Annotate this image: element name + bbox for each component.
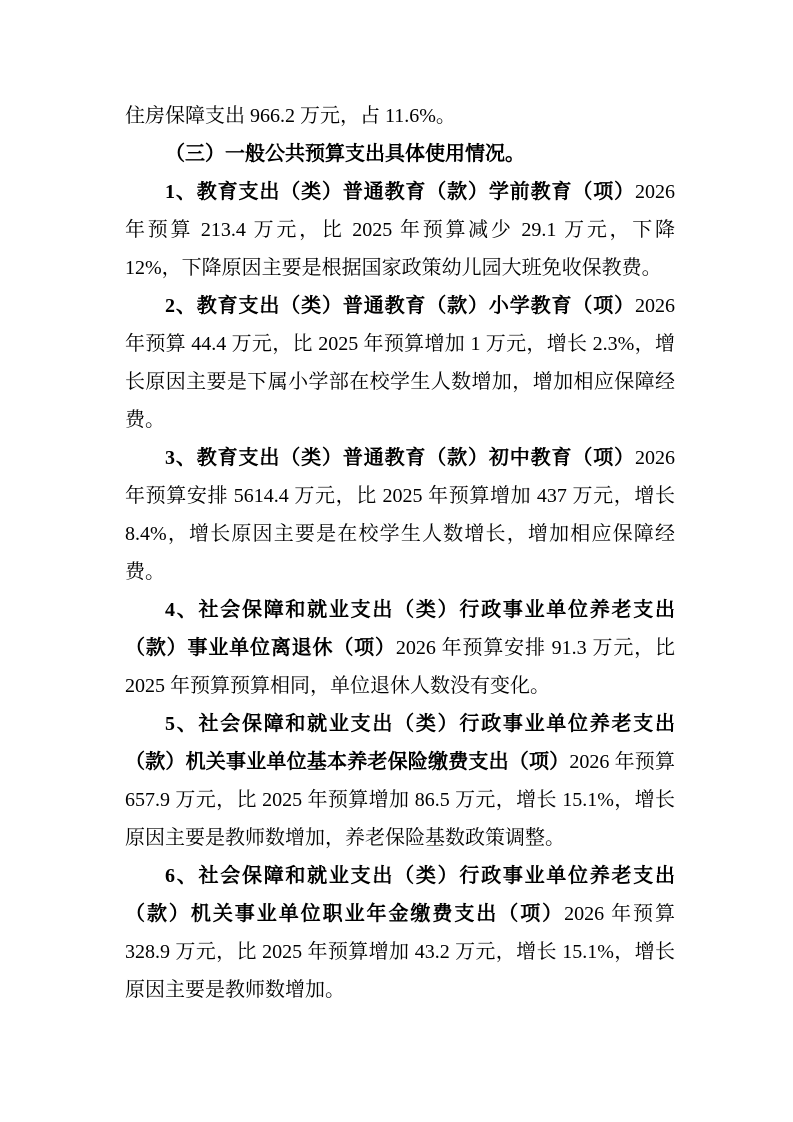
budget-item-2: 2、教育支出（类）普通教育（款）小学教育（项）2026 年预算 44.4 万元，… xyxy=(125,287,675,439)
budget-item-5: 5、社会保障和就业支出（类）行政事业单位养老支出（款）机关事业单位基本养老保险缴… xyxy=(125,705,675,857)
budget-item-4: 4、社会保障和就业支出（类）行政事业单位养老支出（款）事业单位离退休（项）202… xyxy=(125,591,675,705)
budget-item-3: 3、教育支出（类）普通教育（款）初中教育（项）2026 年预算安排 5614.4… xyxy=(125,439,675,591)
budget-item-3-heading: 3、教育支出（类）普通教育（款）初中教育（项） xyxy=(165,447,635,469)
budget-item-2-heading: 2、教育支出（类）普通教育（款）小学教育（项） xyxy=(165,295,635,317)
budget-item-1: 1、教育支出（类）普通教育（款）学前教育（项）2026 年预算 213.4 万元… xyxy=(125,173,675,287)
budget-item-1-heading: 1、教育支出（类）普通教育（款）学前教育（项） xyxy=(165,181,635,203)
document-page: 住房保障支出 966.2 万元，占 11.6%。 （三）一般公共预算支出具体使用… xyxy=(0,0,793,1122)
budget-item-6: 6、社会保障和就业支出（类）行政事业单位养老支出（款）机关事业单位职业年金缴费支… xyxy=(125,857,675,1009)
section-heading: （三）一般公共预算支出具体使用情况。 xyxy=(125,135,675,173)
paragraph-housing-expenditure: 住房保障支出 966.2 万元，占 11.6%。 xyxy=(125,97,675,135)
